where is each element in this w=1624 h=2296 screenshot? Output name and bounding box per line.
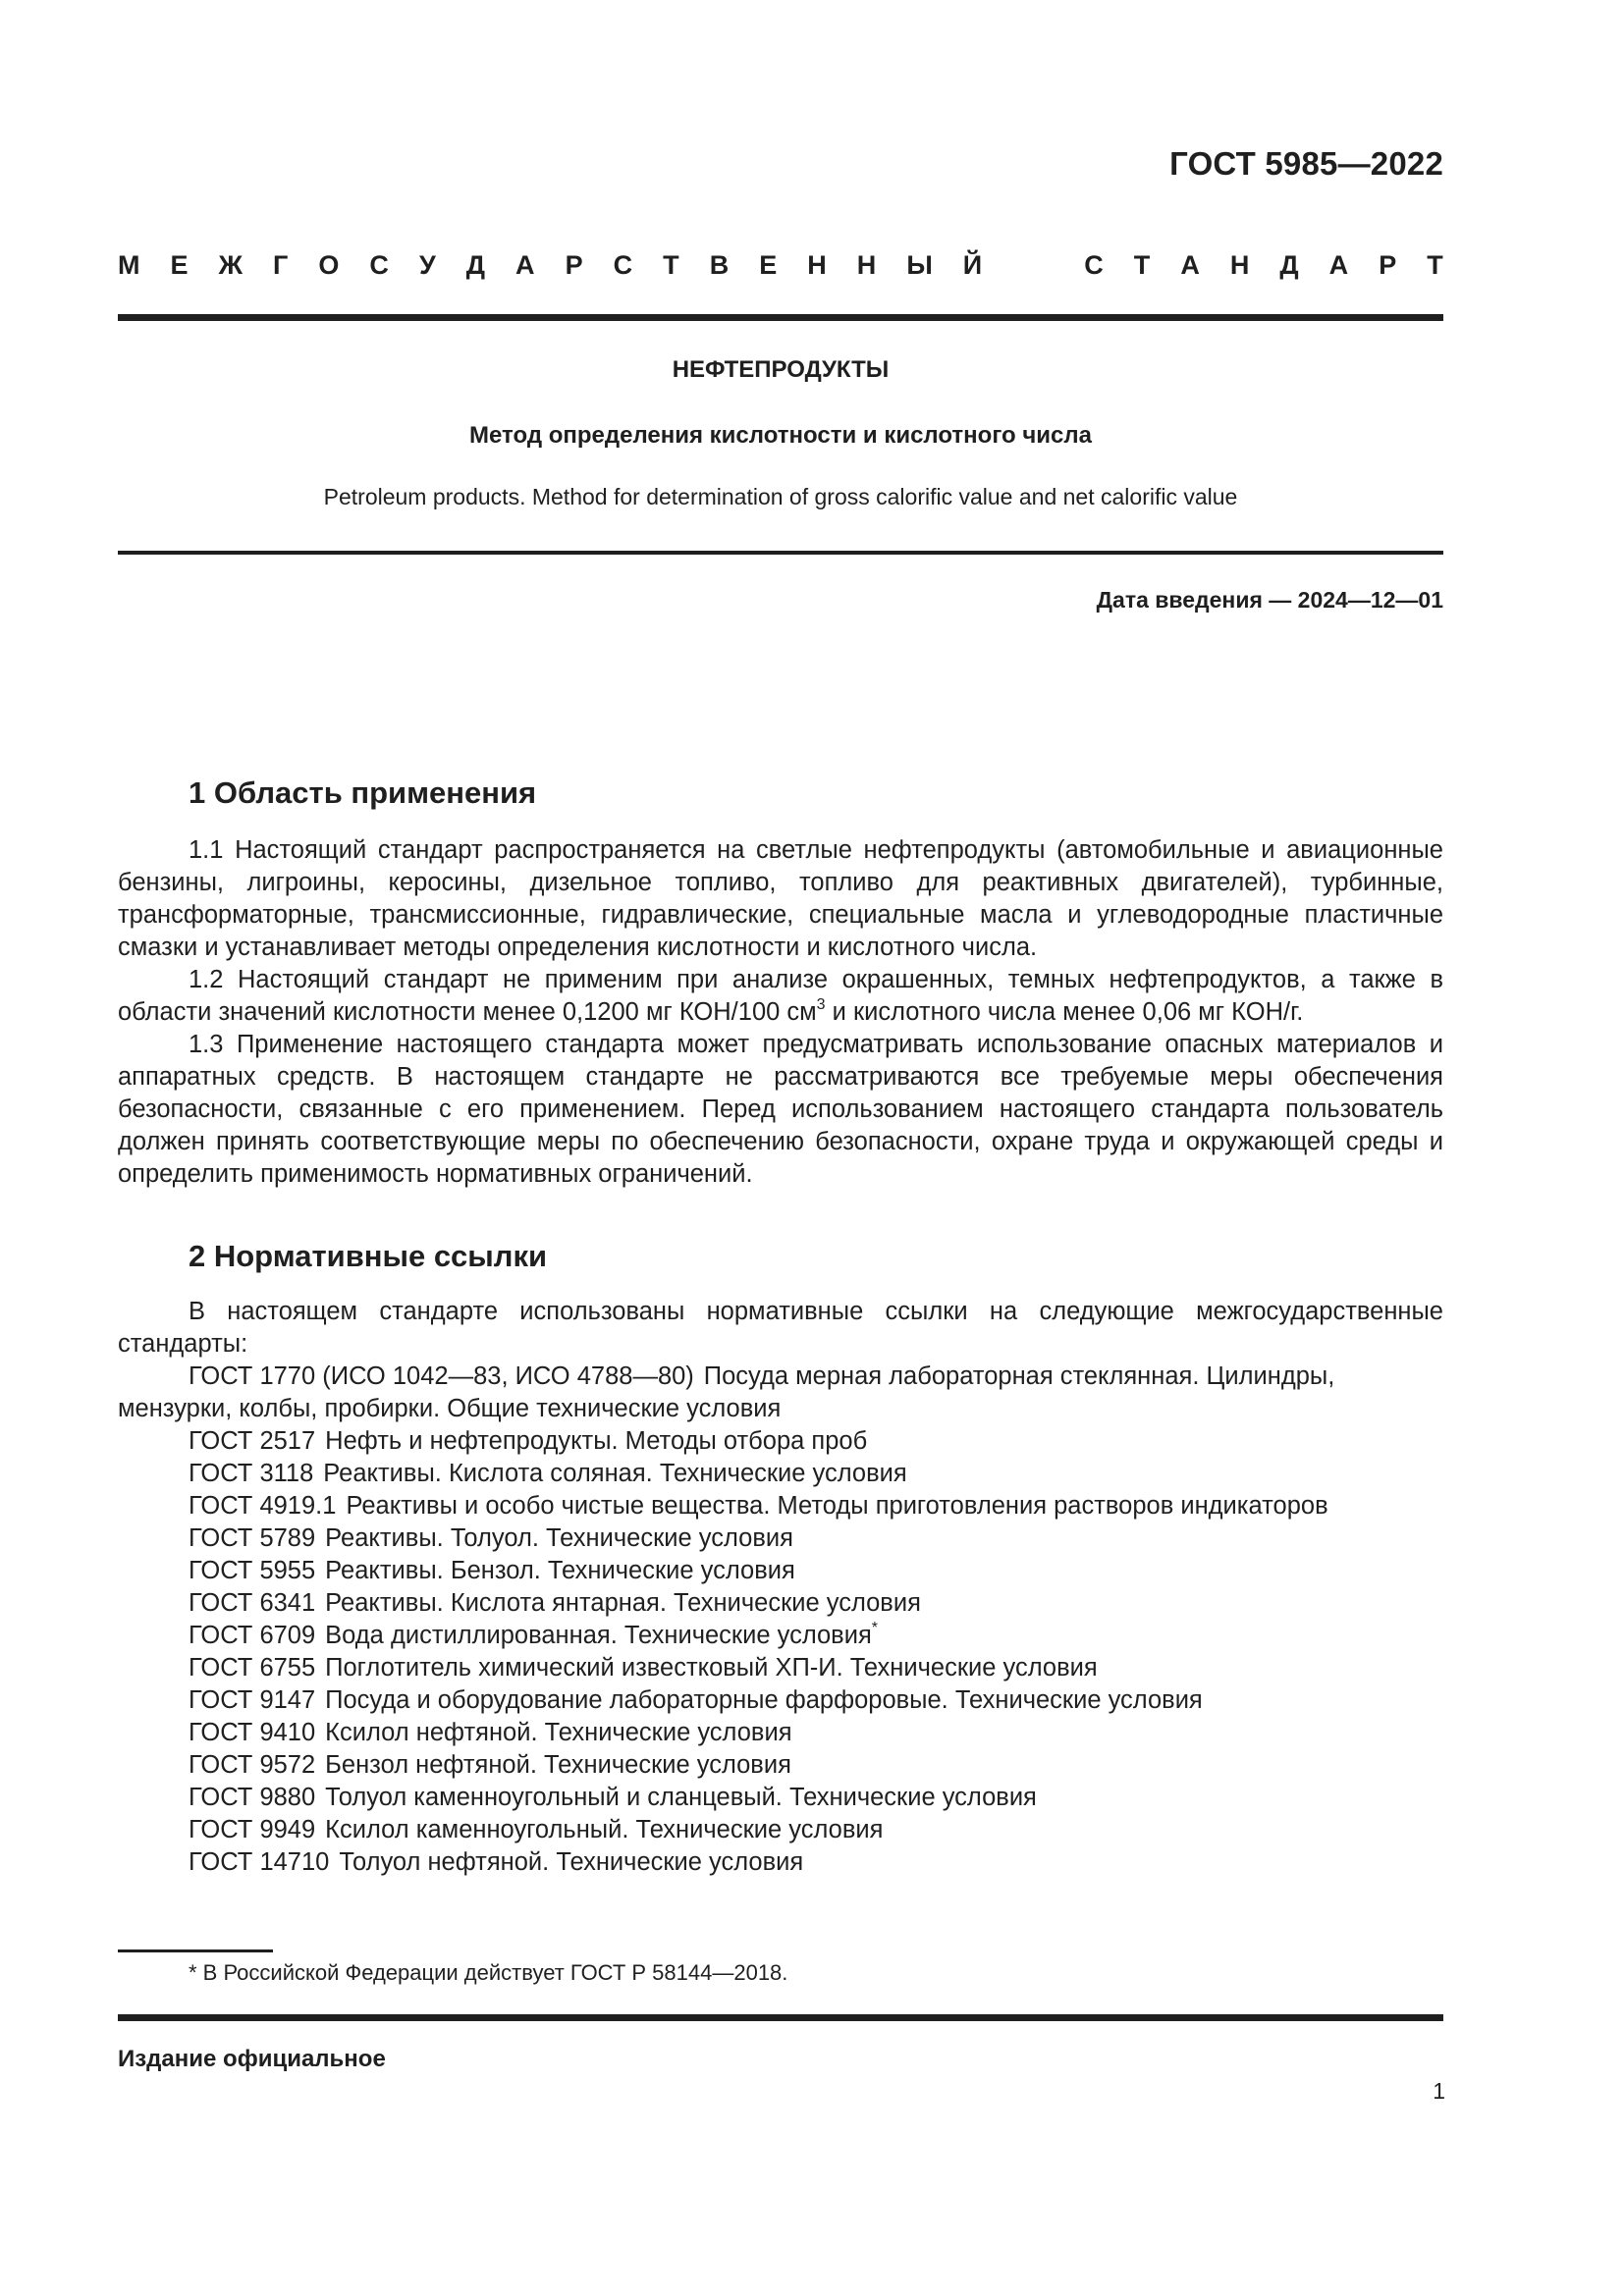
section-2-heading: 2 Нормативные ссылки (189, 1239, 547, 1274)
reference-code: ГОСТ 4919.1 (189, 1492, 336, 1520)
reference-title: Реактивы. Кислота янтарная. Технические … (325, 1589, 921, 1617)
banner-letter: С (1084, 250, 1104, 281)
banner-letter: Н (857, 250, 877, 281)
banner-letter: Р (566, 250, 583, 281)
footnote-marker: * (872, 1620, 878, 1636)
section-1-body: 1.1 Настоящий стандарт распространяется … (118, 834, 1443, 1191)
reference-title: Нефть и нефтепродукты. Методы отбора про… (325, 1427, 867, 1455)
normative-references-list: ГОСТ 1770 (ИСО 1042—83, ИСО 4788—80)Посу… (118, 1361, 1443, 1879)
reference-code: ГОСТ 14710 (189, 1848, 329, 1876)
paragraph-1-2: 1.2 Настоящий стандарт не применим при а… (118, 964, 1443, 1029)
reference-item: ГОСТ 4919.1Реактивы и особо чистые вещес… (118, 1490, 1443, 1522)
banner-letter: Е (759, 250, 777, 281)
banner-letter: Д (466, 250, 485, 281)
banner-letter: Е (171, 250, 189, 281)
superscript: 3 (817, 996, 826, 1013)
reference-title: Ксилол каменноугольный. Технические усло… (325, 1816, 883, 1843)
reference-title: Вода дистиллированная. Технические услов… (325, 1622, 872, 1649)
reference-code: ГОСТ 1770 (ИСО 1042—83, ИСО 4788—80) (189, 1362, 694, 1390)
reference-code: ГОСТ 9949 (189, 1816, 315, 1843)
reference-item: ГОСТ 14710Толуол нефтяной. Технические у… (118, 1846, 1443, 1879)
paragraph-1-1: 1.1 Настоящий стандарт распространяется … (118, 834, 1443, 964)
reference-title: Реактивы и особо чистые вещества. Методы… (346, 1492, 1327, 1520)
reference-code: ГОСТ 9880 (189, 1784, 315, 1811)
banner-letter: Н (807, 250, 827, 281)
reference-title: Реактивы. Толуол. Технические условия (325, 1524, 793, 1552)
banner-letter: Й (963, 250, 982, 281)
reference-title: Ксилол нефтяной. Технические условия (325, 1719, 791, 1746)
document-subtitle: Метод определения кислотности и кислотно… (118, 422, 1443, 450)
banner-letter: Н (1230, 250, 1250, 281)
banner-letter: Т (663, 250, 679, 281)
reference-item: ГОСТ 9949Ксилол каменноугольный. Техниче… (118, 1814, 1443, 1846)
reference-item: ГОСТ 6341Реактивы. Кислота янтарная. Тех… (118, 1587, 1443, 1620)
document-title-english: Petroleum products. Method for determina… (118, 484, 1443, 510)
reference-code: ГОСТ 6755 (189, 1654, 315, 1682)
section-1-heading: 1 Область применения (189, 775, 536, 811)
banner-letter: Р (1379, 250, 1396, 281)
banner-letter: У (419, 250, 436, 281)
standard-number: ГОСТ 5985—2022 (1169, 145, 1443, 183)
references-intro: В настоящем стандарте использованы норма… (118, 1296, 1443, 1361)
header-rule (118, 314, 1443, 321)
reference-code: ГОСТ 9572 (189, 1751, 315, 1779)
interstate-standard-banner: МЕЖГОСУДАРСТВЕННЫЙСТАНДАРТ (118, 250, 1443, 281)
reference-code: ГОСТ 6709 (189, 1622, 315, 1649)
reference-item: ГОСТ 5955Реактивы. Бензол. Технические у… (118, 1555, 1443, 1587)
reference-item: ГОСТ 6709Вода дистиллированная. Техничес… (118, 1620, 1443, 1652)
banner-letter: С (614, 250, 633, 281)
banner-word-gap (1012, 250, 1054, 281)
reference-code: ГОСТ 5955 (189, 1557, 315, 1584)
paragraph-1-3: 1.3 Применение настоящего стандарта може… (118, 1029, 1443, 1191)
page-number: 1 (1433, 2078, 1445, 2105)
reference-code: ГОСТ 2517 (189, 1427, 315, 1455)
footer-rule (118, 2014, 1443, 2021)
banner-letter: Т (1427, 250, 1443, 281)
reference-title: Посуда и оборудование лабораторные фарфо… (325, 1686, 1203, 1714)
document-title: НЕФТЕПРОДУКТЫ (118, 356, 1443, 384)
reference-item: ГОСТ 5789Реактивы. Толуол. Технические у… (118, 1522, 1443, 1555)
reference-title: Бензол нефтяной. Технические условия (325, 1751, 791, 1779)
reference-item: ГОСТ 9410Ксилол нефтяной. Технические ус… (118, 1717, 1443, 1749)
reference-item: ГОСТ 3118Реактивы. Кислота соляная. Техн… (118, 1458, 1443, 1490)
reference-title: Реактивы. Бензол. Технические условия (325, 1557, 795, 1584)
official-edition-label: Издание официальное (118, 2046, 386, 2073)
banner-letter: Ж (219, 250, 243, 281)
banner-letter: С (369, 250, 389, 281)
reference-item: ГОСТ 9572Бензол нефтяной. Технические ус… (118, 1749, 1443, 1782)
title-rule (118, 551, 1443, 555)
banner-letter: Ы (906, 250, 932, 281)
reference-code: ГОСТ 9410 (189, 1719, 315, 1746)
reference-title: Реактивы. Кислота соляная. Технические у… (323, 1460, 906, 1487)
reference-code: ГОСТ 9147 (189, 1686, 315, 1714)
reference-item: ГОСТ 9880Толуол каменноугольный и сланце… (118, 1782, 1443, 1814)
banner-letter: А (1329, 250, 1349, 281)
reference-item: ГОСТ 6755Поглотитель химический известко… (118, 1652, 1443, 1684)
reference-code: ГОСТ 3118 (189, 1460, 313, 1487)
footnote: * В Российской Федерации действует ГОСТ … (189, 1960, 787, 1986)
banner-letter: Д (1279, 250, 1298, 281)
reference-item: ГОСТ 9147Посуда и оборудование лаборатор… (118, 1684, 1443, 1717)
reference-code: ГОСТ 6341 (189, 1589, 315, 1617)
banner-letter: О (318, 250, 339, 281)
reference-code: ГОСТ 5789 (189, 1524, 315, 1552)
banner-letter: М (118, 250, 140, 281)
banner-letter: А (515, 250, 535, 281)
footnote-rule (118, 1949, 273, 1952)
reference-item: ГОСТ 1770 (ИСО 1042—83, ИСО 4788—80)Посу… (118, 1361, 1443, 1425)
banner-letter: Т (1134, 250, 1151, 281)
reference-title: Поглотитель химический известковый ХП-И.… (325, 1654, 1098, 1682)
reference-title: Толуол каменноугольный и сланцевый. Техн… (325, 1784, 1037, 1811)
section-2-intro: В настоящем стандарте использованы норма… (118, 1296, 1443, 1361)
paragraph-1-2-tail: и кислотного числа менее 0,06 мг КОН/г. (826, 998, 1304, 1026)
banner-letter: Г (273, 250, 288, 281)
reference-item: ГОСТ 2517Нефть и нефтепродукты. Методы о… (118, 1425, 1443, 1458)
introduction-date: Дата введения — 2024—12—01 (1097, 587, 1443, 614)
banner-letter: А (1180, 250, 1200, 281)
reference-title: Толуол нефтяной. Технические условия (339, 1848, 803, 1876)
banner-letter: В (710, 250, 730, 281)
